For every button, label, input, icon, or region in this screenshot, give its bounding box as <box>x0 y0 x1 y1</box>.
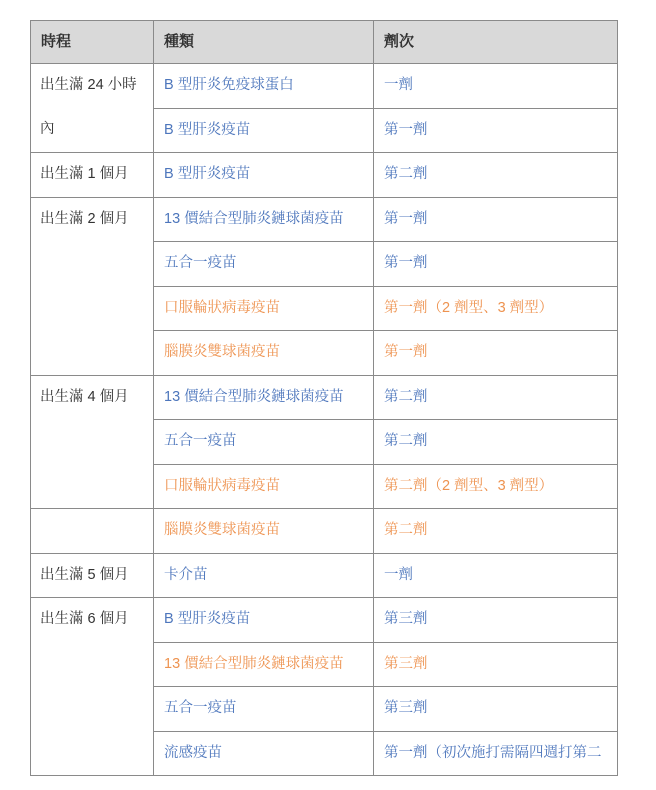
dose-cell: 第二劑 <box>374 420 618 465</box>
vaccine-cell: 卡介苗 <box>154 553 374 598</box>
dose-cell: 第一劑 <box>374 331 618 376</box>
dose-cell: 第三劑 <box>374 642 618 687</box>
vaccine-cell: 13 價結合型肺炎鏈球菌疫苗 <box>154 642 374 687</box>
vaccine-cell: 五合一疫苗 <box>154 420 374 465</box>
vaccine-cell: 口服輪狀病毒疫苗 <box>154 464 374 509</box>
vaccine-cell: 腦膜炎雙球菌疫苗 <box>154 331 374 376</box>
vaccine-cell: B 型肝炎免疫球蛋白 <box>154 64 374 109</box>
time-cell: 出生滿 5 個月 <box>31 553 154 598</box>
vaccine-cell: 五合一疫苗 <box>154 687 374 732</box>
table-row: 出生滿 2 個月 13 價結合型肺炎鏈球菌疫苗 第一劑 <box>31 197 618 242</box>
vaccine-cell: 流感疫苗 <box>154 731 374 776</box>
vaccine-cell: 腦膜炎雙球菌疫苗 <box>154 509 374 554</box>
dose-cell: 第一劑 <box>374 197 618 242</box>
time-cell-empty <box>31 509 154 554</box>
dose-cell: 第二劑（2 劑型、3 劑型） <box>374 464 618 509</box>
vaccine-cell: B 型肝炎疫苗 <box>154 598 374 643</box>
vaccine-cell: B 型肝炎疫苗 <box>154 108 374 153</box>
time-cell: 出生滿 6 個月 <box>31 598 154 776</box>
dose-cell: 第三劑 <box>374 687 618 732</box>
time-cell: 出生滿 24 小時 內 <box>31 64 154 153</box>
dose-cell: 第二劑 <box>374 153 618 198</box>
vaccine-cell: 五合一疫苗 <box>154 242 374 287</box>
table-row: 出生滿 6 個月 B 型肝炎疫苗 第三劑 <box>31 598 618 643</box>
time-cell: 出生滿 2 個月 <box>31 197 154 375</box>
header-row: 時程 種類 劑次 <box>31 21 618 64</box>
dose-cell: 第二劑 <box>374 375 618 420</box>
dose-cell: 第三劑 <box>374 598 618 643</box>
table-row: 出生滿 24 小時 內 B 型肝炎免疫球蛋白 一劑 <box>31 64 618 109</box>
header-cell-type: 種類 <box>154 21 374 64</box>
vaccine-cell: B 型肝炎疫苗 <box>154 153 374 198</box>
table-row: 出生滿 1 個月 B 型肝炎疫苗 第二劑 <box>31 153 618 198</box>
vaccine-cell: 口服輪狀病毒疫苗 <box>154 286 374 331</box>
dose-cell: 一劑 <box>374 64 618 109</box>
time-cell: 出生滿 4 個月 <box>31 375 154 509</box>
header-cell-dose: 劑次 <box>374 21 618 64</box>
dose-cell: 第一劑 <box>374 242 618 287</box>
vaccine-cell: 13 價結合型肺炎鏈球菌疫苗 <box>154 197 374 242</box>
table-row: 出生滿 4 個月 13 價結合型肺炎鏈球菌疫苗 第二劑 <box>31 375 618 420</box>
table-row: 出生滿 5 個月 卡介苗 一劑 <box>31 553 618 598</box>
schedule-table: 時程 種類 劑次 出生滿 24 小時 內 B 型肝炎免疫球蛋白 一劑 B 型肝炎… <box>30 20 618 776</box>
dose-cell: 第二劑 <box>374 509 618 554</box>
table-row: 腦膜炎雙球菌疫苗 第二劑 <box>31 509 618 554</box>
dose-cell: 第一劑 <box>374 108 618 153</box>
dose-cell: 一劑 <box>374 553 618 598</box>
header-cell-time: 時程 <box>31 21 154 64</box>
time-cell: 出生滿 1 個月 <box>31 153 154 198</box>
vaccine-schedule: 時程 種類 劑次 出生滿 24 小時 內 B 型肝炎免疫球蛋白 一劑 B 型肝炎… <box>30 20 618 776</box>
dose-cell: 第一劑（2 劑型、3 劑型） <box>374 286 618 331</box>
dose-cell: 第一劑（初次施打需隔四週打第二 <box>374 731 618 776</box>
vaccine-cell: 13 價結合型肺炎鏈球菌疫苗 <box>154 375 374 420</box>
